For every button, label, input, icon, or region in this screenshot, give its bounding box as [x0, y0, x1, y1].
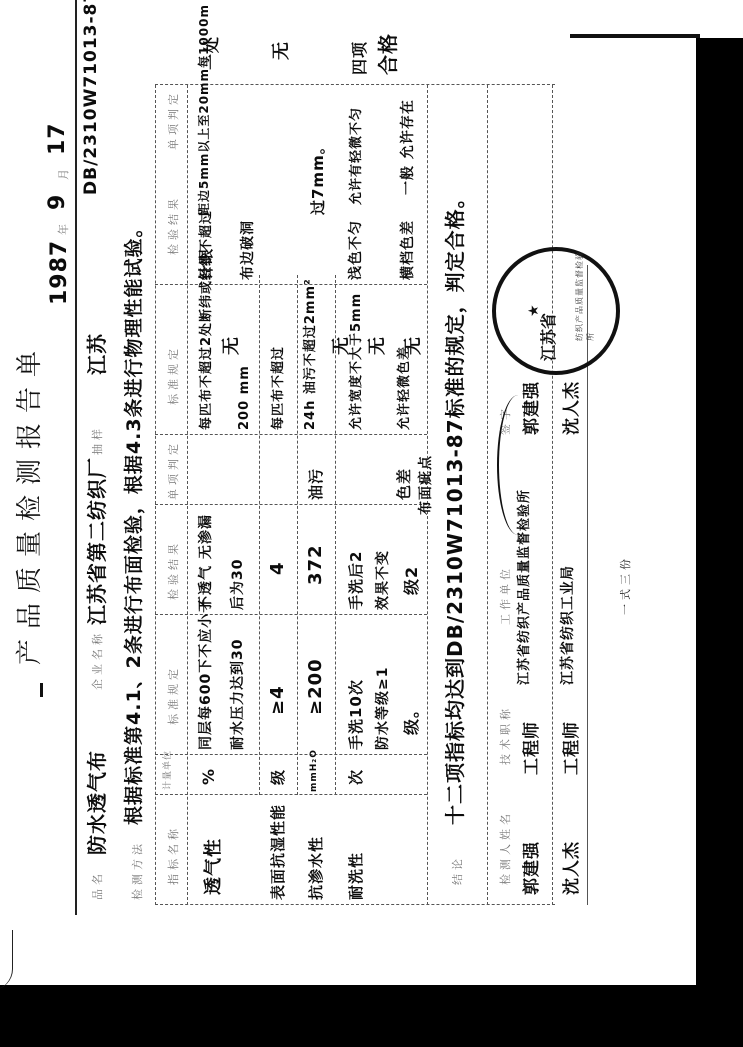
row-unit: mmH₂O: [309, 749, 319, 792]
method-text: 根据标准第4.1、2条进行布面检验，根据4.3条进行物理性能试验。: [119, 217, 146, 825]
product-name-label: 品名: [89, 870, 105, 900]
row-verdict-2: 针眼: [195, 248, 216, 280]
table-line: [487, 85, 488, 905]
row-standard-2: 24h 油污不超过2mm²: [299, 278, 318, 430]
row-unit: %: [199, 768, 218, 785]
row-standard: 级。: [399, 701, 422, 735]
row-standard-3: 过7mm。: [307, 138, 328, 215]
sig-row-name: 郭建强: [517, 841, 542, 895]
sig-row-title: 工程师: [557, 721, 582, 775]
page-title: 产品质量检测报告单: [9, 341, 46, 665]
sig-col-unit: 工作单位: [497, 565, 513, 625]
report-paper: 产品质量检测报告单 1987 年 9 月 17 品名 防水透气布 企业名称 江苏…: [27, 0, 717, 995]
row-standard-2: 每匹布不超过2处断纬或经纱不超过: [195, 210, 214, 430]
row-result: 级2: [399, 566, 422, 595]
table-line: [155, 84, 555, 85]
official-stamp: 江苏省 ★ 纺织产品质量监督检验所: [492, 247, 620, 375]
row-standard-3: 一般 允许存在: [397, 99, 417, 195]
row-verdict: 色差: [393, 468, 414, 500]
row-standard: 耐水压力达到30: [227, 639, 247, 750]
table-line: [552, 85, 553, 905]
row-standard-2: 允许宽度不大于5mm: [345, 293, 364, 430]
table-line: [155, 794, 427, 795]
sig-row-unit: 江苏省纺织工业局: [557, 565, 577, 685]
signature-stroke: [497, 395, 539, 535]
enterprise-name: 江苏省第二纺织厂: [81, 457, 110, 625]
row-result: 手洗后2: [345, 551, 366, 610]
row-name: 耐洗性: [345, 852, 366, 900]
enterprise-label: 企业名称: [89, 630, 105, 690]
col-header-unit: 计量单位: [160, 750, 173, 790]
date-day: 17: [45, 122, 70, 155]
table-line: [297, 275, 298, 795]
row-result-3: 无: [267, 41, 293, 60]
sig-col-name: 检测人姓名: [497, 810, 513, 885]
table-line: [155, 504, 427, 505]
table-line: [155, 904, 555, 905]
row-result-2: 无: [363, 336, 389, 355]
date-month-label: 月: [55, 165, 71, 180]
col-header-standard: 标准规定: [165, 665, 181, 725]
col-header-result: 检验结果: [165, 540, 181, 600]
col-header-verdict: 单项判定: [165, 440, 181, 500]
row-verdict-2: 横档色差: [397, 220, 417, 280]
row-standard-3: 允许有轻微不匀: [345, 107, 364, 205]
row-unit: 级: [267, 769, 288, 785]
product-name: 防水透气布: [81, 750, 110, 855]
sig-row-title: 工程师: [517, 721, 542, 775]
row-result-3: 一处: [199, 36, 222, 70]
sig-col-title: 技术职称: [497, 705, 513, 765]
sample-value: 江苏: [81, 333, 110, 375]
col-header-verdict-2: 单项判定: [165, 90, 181, 150]
conclusion-text: 十二项指标均达到DB/2310W71013-87标准的规定，判定合格。: [439, 187, 468, 825]
scan-border-curve: [0, 930, 13, 990]
overall-verdict: 合格: [372, 33, 401, 75]
row-name: 抗渗水性: [305, 836, 326, 900]
row-verdict-2: 浅色不匀: [345, 220, 365, 280]
row-result: 372: [305, 544, 326, 585]
row-result: 4: [267, 561, 288, 575]
row-result-2: 无: [399, 336, 425, 355]
row-verdict-2: 布边破洞: [237, 220, 257, 280]
standard-code: DB/2310W71013-87: [81, 0, 101, 195]
row-result-2: 无: [217, 336, 243, 355]
row-standard: 同层每600下不应小于: [195, 598, 215, 750]
row-standard-2: 每匹布不超过: [267, 346, 286, 430]
table-line: [155, 434, 427, 435]
star-icon: ★: [526, 304, 542, 317]
table-line: [259, 275, 260, 795]
overall-verdict-prefix: 四项: [347, 41, 370, 75]
sig-row-sign: 沈人杰: [557, 381, 582, 435]
date-year-label: 年: [55, 220, 71, 235]
table-line: [155, 85, 156, 905]
row-standard: ≥200: [305, 658, 326, 715]
method-label: 检测方法: [129, 840, 145, 900]
col-header-standard-2: 标准规定: [165, 345, 181, 405]
row-standard: 手洗10次: [345, 679, 366, 750]
row-name: 透气性: [199, 838, 225, 895]
col-header-result-2: 检验结果: [165, 195, 181, 255]
row-verdict: 油污: [305, 468, 326, 500]
stamp-text: 江苏省: [536, 313, 559, 361]
row-result: 后为30: [227, 559, 247, 610]
row-verdict: 布面疵点: [415, 455, 435, 515]
row-standard-2: 200 mm: [237, 365, 252, 430]
row-standard: ≥4: [267, 685, 288, 715]
col-header-name: 指标名称: [165, 825, 181, 885]
row-result: 不透气 无渗漏: [195, 514, 215, 610]
row-standard-2: 允许轻微色差: [393, 346, 412, 430]
row-unit: 次: [345, 769, 366, 785]
date-year: 1987: [47, 240, 72, 305]
table-line: [155, 754, 427, 755]
conclusion-label: 结论: [449, 855, 465, 885]
header-rule: [75, 0, 77, 915]
page-footer: 一式三份: [617, 555, 633, 615]
row-standard: 防水等级≥1: [372, 667, 392, 750]
table-line: [187, 85, 188, 905]
stamp-subtext: 纺织产品质量监督检验所: [574, 251, 596, 341]
date-month: 9: [45, 194, 70, 210]
row-name: 表面抗湿性能: [267, 804, 288, 900]
row-result: 效果不变: [372, 550, 392, 610]
sig-row-name: 沈人杰: [557, 841, 582, 895]
sample-label: 抽样: [89, 425, 105, 455]
